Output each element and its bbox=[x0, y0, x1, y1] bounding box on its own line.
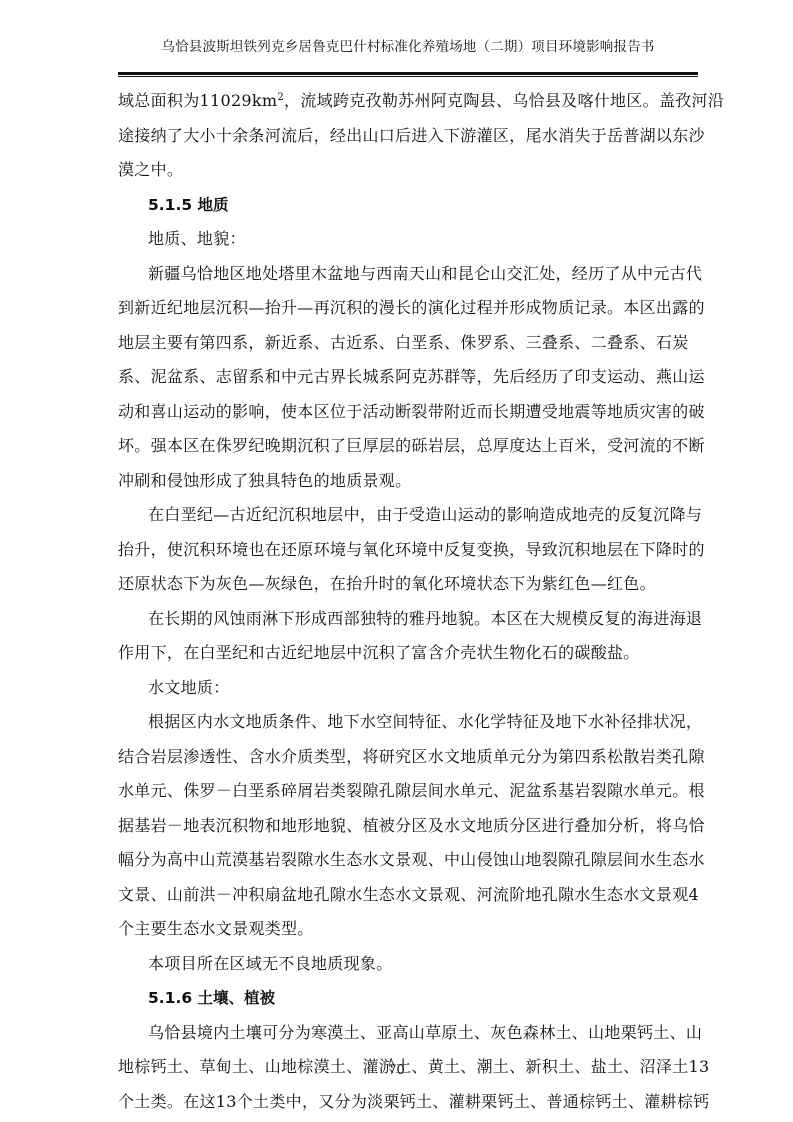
section-heading-5-1-6: 5.1.6 土壤、植被 bbox=[118, 981, 698, 1016]
text-line: 水单元、侏罗－白垩系碎屑岩类裂隙孔隙层间水单元、泥盆系基岩裂隙水单元。根 bbox=[118, 774, 698, 809]
text-line: 抬升，使沉积环境也在还原环境与氧化环境中反复变换，导致沉积地层在下降时的 bbox=[118, 533, 698, 568]
text-line: 域总面积为11029km2，流域跨克孜勒苏州阿克陶县、乌恰县及喀什地区。盖孜河沿 bbox=[118, 84, 698, 119]
text-line: 个主要生态水文景观类型。 bbox=[118, 912, 698, 947]
text-line: 个土类。在这13个土类中，又分为淡栗钙土、灌耕栗钙土、普通棕钙土、灌耕棕钙 bbox=[118, 1085, 698, 1120]
section-heading-5-1-5: 5.1.5 地质 bbox=[118, 188, 698, 223]
text-line: 据基岩－地表沉积物和地形地貌、植被分区及水文地质分区进行叠加分析，将乌恰 bbox=[118, 809, 698, 844]
running-header: 乌恰县波斯坦铁列克乡居鲁克巴什村标准化养殖场地（二期）项目环境影响报告书 bbox=[118, 38, 698, 56]
header-rule-thin bbox=[118, 76, 698, 77]
text-line: 结合岩层渗透性、含水介质类型，将研究区水文地质单元分为第四系松散岩类孔隙 bbox=[118, 740, 698, 775]
header-rule-thick bbox=[118, 72, 698, 75]
geology-paragraph-1: 新疆乌恰地区地处塔里木盆地与西南天山和昆仑山交汇处，经历了从中元古代 到新近纪地… bbox=[118, 257, 698, 499]
geology-paragraph-3: 在长期的风蚀雨淋下形成西部独特的雅丹地貌。本区在大规模反复的海进海退 作用下，在… bbox=[118, 602, 698, 671]
intro-paragraph: 域总面积为11029km2，流域跨克孜勒苏州阿克陶县、乌恰县及喀什地区。盖孜河沿… bbox=[118, 84, 698, 188]
geology-paragraph-2: 在白垩纪—古近纪沉积地层中，由于受造山运动的影响造成地壳的反复沉降与 抬升，使沉… bbox=[118, 498, 698, 602]
text-line: 在白垩纪—古近纪沉积地层中，由于受造山运动的影响造成地壳的反复沉降与 bbox=[118, 498, 698, 533]
text-line: 文景、山前洪－冲积扇盆地孔隙水生态水文景观、河流阶地孔隙水生态水文景观4 bbox=[118, 878, 698, 913]
text-line: 动和喜山运动的影响，使本区位于活动断裂带附近而长期遭受地震等地质灾害的破 bbox=[118, 395, 698, 430]
subheading-hydrogeology: 水文地质： bbox=[118, 671, 698, 706]
text-line: 幅分为高中山荒漠基岩裂隙水生态水文景观、中山侵蚀山地裂隙孔隙层间水生态水 bbox=[118, 843, 698, 878]
text-line: 到新近纪地层沉积—抬升—再沉积的漫长的演化过程并形成物质记录。本区出露的 bbox=[118, 291, 698, 326]
subheading-geology: 地质、地貌： bbox=[118, 222, 698, 257]
text-line: 乌恰县境内土壤可分为寒漠土、亚高山草原土、灰色森林土、山地栗钙土、山 bbox=[118, 1016, 698, 1051]
text-line: 冲刷和侵蚀形成了独具特色的地质景观。 bbox=[118, 464, 698, 499]
text-line: 系、泥盆系、志留系和中元古界长城系阿克苏群等，先后经历了印支运动、燕山运 bbox=[118, 360, 698, 395]
no-hazard-statement: 本项目所在区域无不良地质现象。 bbox=[118, 947, 698, 982]
text-line: 途接纳了大小十余条河流后，经出山口后进入下游灌区，尾水消失于岳普湖以东沙 bbox=[118, 119, 698, 154]
text-line: 坏。强本区在侏罗纪晚期沉积了巨厚层的砾岩层，总厚度达上百米，受河流的不断 bbox=[118, 429, 698, 464]
text-line: 地层主要有第四系，新近系、古近系、白垩系、侏罗系、三叠系、二叠系、石炭 bbox=[118, 326, 698, 361]
hydrogeology-paragraph: 根据区内水文地质条件、地下水空间特征、水化学特征及地下水补径排状况， 结合岩层渗… bbox=[118, 705, 698, 947]
text-line: 新疆乌恰地区地处塔里木盆地与西南天山和昆仑山交汇处，经历了从中元古代 bbox=[118, 257, 698, 292]
page-body: 域总面积为11029km2，流域跨克孜勒苏州阿克陶县、乌恰县及喀什地区。盖孜河沿… bbox=[118, 84, 698, 1119]
text-line: 根据区内水文地质条件、地下水空间特征、水化学特征及地下水补径排状况， bbox=[118, 705, 698, 740]
text-line: 在长期的风蚀雨淋下形成西部独特的雅丹地貌。本区在大规模反复的海进海退 bbox=[118, 602, 698, 637]
text-line: 还原状态下为灰色—灰绿色，在抬升时的氧化环境状态下为紫红色—红色。 bbox=[118, 567, 698, 602]
page-number: 70 bbox=[0, 1063, 793, 1078]
text-line: 漠之中。 bbox=[118, 153, 698, 188]
header-rule bbox=[118, 72, 698, 78]
text-line: 作用下，在白垩纪和古近纪地层中沉积了富含介壳状生物化石的碳酸盐。 bbox=[118, 636, 698, 671]
